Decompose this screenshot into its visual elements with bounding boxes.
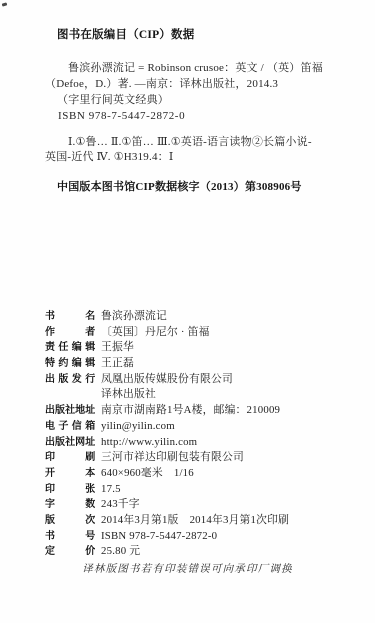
colophon-row: 电子信箱 yilin@yilin.com [45,419,355,435]
colophon-row-value: 鲁滨孙漂流记 [101,309,167,325]
colophon-row: 出版发行 凤凰出版传媒股份有限公司 [45,372,355,388]
colophon-row-label: 特约编辑 [45,356,95,372]
colophon-row-value: http://www.yilin.com [101,435,197,451]
colophon-row: 书名 鲁滨孙漂流记 [45,309,355,325]
colophon-row-value: 243千字 [101,497,140,513]
series-note: （字里行间英文经典） [57,94,169,107]
classification-line-1: Ⅰ.①鲁… Ⅱ.①笛… Ⅲ.①英语-语言读物②长篇小说- [68,136,312,149]
colophon-row: 出版社地址 南京市湖南路1号A楼，邮编：210009 [45,403,355,419]
scan-artifact-speck [2,2,8,6]
colophon-table: 书名 鲁滨孙漂流记 作者 〔英国〕丹尼尔 · 笛福 责任编辑 王振华 特约编辑 … [45,309,355,560]
colophon-row: 译林出版社 [45,387,355,403]
colophon-row: 开本 640×960毫米 1/16 [45,466,355,482]
colophon-row-label: 书号 [45,529,95,545]
colophon-row: 定价 25.80 元 [45,544,355,560]
colophon-row-value: 三河市祥达印刷包装有限公司 [101,450,244,466]
cip-entry-author-line: （Defoe，D.）著. —南京：译林出版社，2014.3 [45,78,278,91]
colophon-row-label: 出版发行 [45,372,95,388]
colophon-row: 责任编辑 王振华 [45,340,355,356]
colophon-row: 版次 2014年3月第1版 2014年3月第1次印刷 [45,513,355,529]
colophon-row-label: 字数 [45,497,95,513]
colophon-row: 印张 17.5 [45,482,355,498]
colophon-row-value: 17.5 [101,482,121,498]
colophon-row-label: 版次 [45,513,95,529]
colophon-row-value: 凤凰出版传媒股份有限公司 [101,372,233,388]
colophon-row-value: yilin@yilin.com [101,419,175,435]
colophon-row-value: ISBN 978-7-5447-2872-0 [101,529,217,545]
colophon-row-label: 开本 [45,466,95,482]
colophon-row: 印刷 三河市祥达印刷包装有限公司 [45,450,355,466]
colophon-row-value: 2014年3月第1版 2014年3月第1次印刷 [101,513,289,529]
colophon-row: 作者 〔英国〕丹尼尔 · 笛福 [45,325,355,341]
colophon-row-label: 印张 [45,482,95,498]
colophon-row-value: 南京市湖南路1号A楼，邮编：210009 [101,403,280,419]
cip-record-number: 中国版本图书馆CIP数据核字（2013）第308906号 [57,181,302,194]
colophon-row-label: 定价 [45,544,95,560]
colophon-row-label: 出版社地址 [45,403,95,419]
colophon-row-value: 王振华 [101,340,134,356]
colophon-row-label: 出版社网址 [45,435,95,451]
colophon-row-label: 印刷 [45,450,95,466]
colophon-row-label: 作者 [45,325,95,341]
cip-heading: 图书在版编目（CIP）数据 [57,29,194,42]
colophon-row-value: 〔英国〕丹尼尔 · 笛福 [101,325,210,341]
colophon-row-label: 书名 [45,309,95,325]
colophon-row-value: 译林出版社 [101,387,156,403]
isbn-line: ISBN 978-7-5447-2872-0 [58,110,185,123]
colophon-row-value: 640×960毫米 1/16 [101,466,194,482]
classification-line-2: 英国-近代 Ⅳ. ①H319.4：Ⅰ [45,151,173,164]
book-copyright-page: 图书在版编目（CIP）数据 鲁滨孙漂流记 = Robinson crusoe：英… [0,0,375,623]
colophon-row-label: 责任编辑 [45,340,95,356]
cip-entry-title-line: 鲁滨孙漂流记 = Robinson crusoe：英文 / （英）笛福 [68,62,323,75]
colophon-row-value: 25.80 元 [101,544,140,560]
colophon-row: 字数 243千字 [45,497,355,513]
printing-error-notice: 译林版图书若有印装错误可向承印厂调换 [0,561,375,576]
colophon-row: 出版社网址 http://www.yilin.com [45,435,355,451]
colophon-row: 特约编辑 王正磊 [45,356,355,372]
colophon-row-value: 王正磊 [101,356,134,372]
colophon-row: 书号 ISBN 978-7-5447-2872-0 [45,529,355,545]
colophon-row-label: 电子信箱 [45,419,95,435]
